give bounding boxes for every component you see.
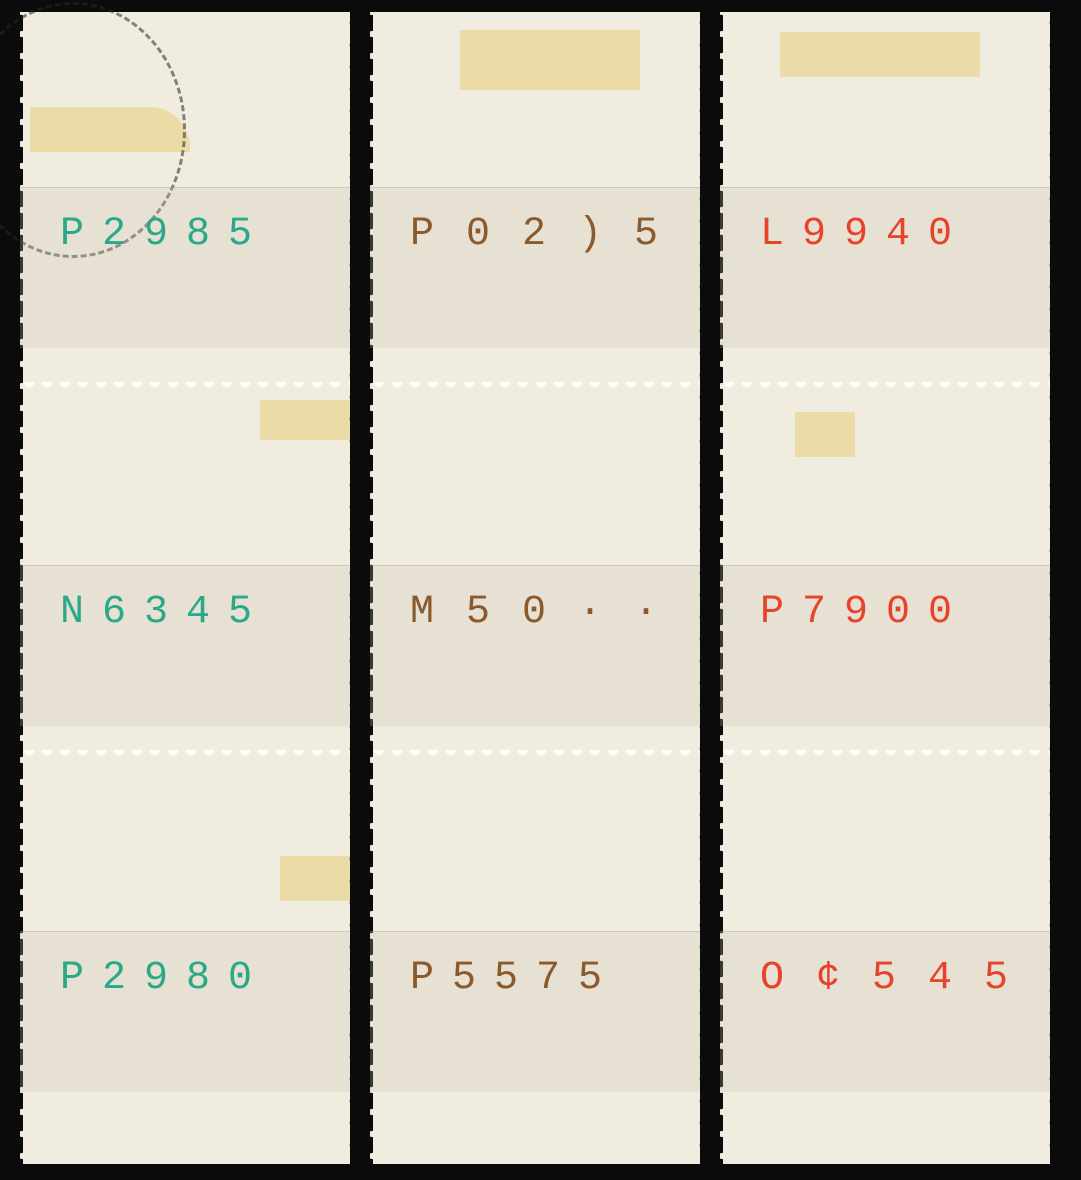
control-number: P2985 xyxy=(60,212,270,257)
stamp-strip-red: L9940 P7900 O ¢ 5 4 5 xyxy=(720,12,1050,1164)
stamp-strip-brown: P 0 2 ) 5 M 5 0 · · P5575 xyxy=(370,12,700,1164)
stamp: L9940 xyxy=(720,12,1050,382)
control-number: L9940 xyxy=(760,212,970,257)
control-number: M 5 0 · · xyxy=(410,590,662,635)
stamp: P2980 xyxy=(20,756,350,1126)
hinge-remnant xyxy=(260,400,350,440)
hinge-remnant xyxy=(460,30,640,90)
control-number: O ¢ 5 4 5 xyxy=(760,956,1012,1001)
control-number: P7900 xyxy=(760,590,970,635)
stamp: P7900 xyxy=(720,390,1050,760)
stamp: P5575 xyxy=(370,756,700,1126)
stamp: M 5 0 · · xyxy=(370,390,700,760)
control-number: P 0 2 ) 5 xyxy=(410,212,662,257)
control-number: P5575 xyxy=(410,956,620,1001)
hinge-remnant xyxy=(280,856,350,901)
control-number: P2980 xyxy=(60,956,270,1001)
stamp: N6345 xyxy=(20,390,350,760)
hinge-remnant xyxy=(795,412,855,457)
stamp: O ¢ 5 4 5 xyxy=(720,756,1050,1126)
hinge-remnant xyxy=(780,32,980,77)
stamp: P2985 xyxy=(20,12,350,382)
control-number: N6345 xyxy=(60,590,270,635)
stamp: P 0 2 ) 5 xyxy=(370,12,700,382)
stamp-strip-green: P2985 N6345 P2980 xyxy=(20,12,350,1164)
